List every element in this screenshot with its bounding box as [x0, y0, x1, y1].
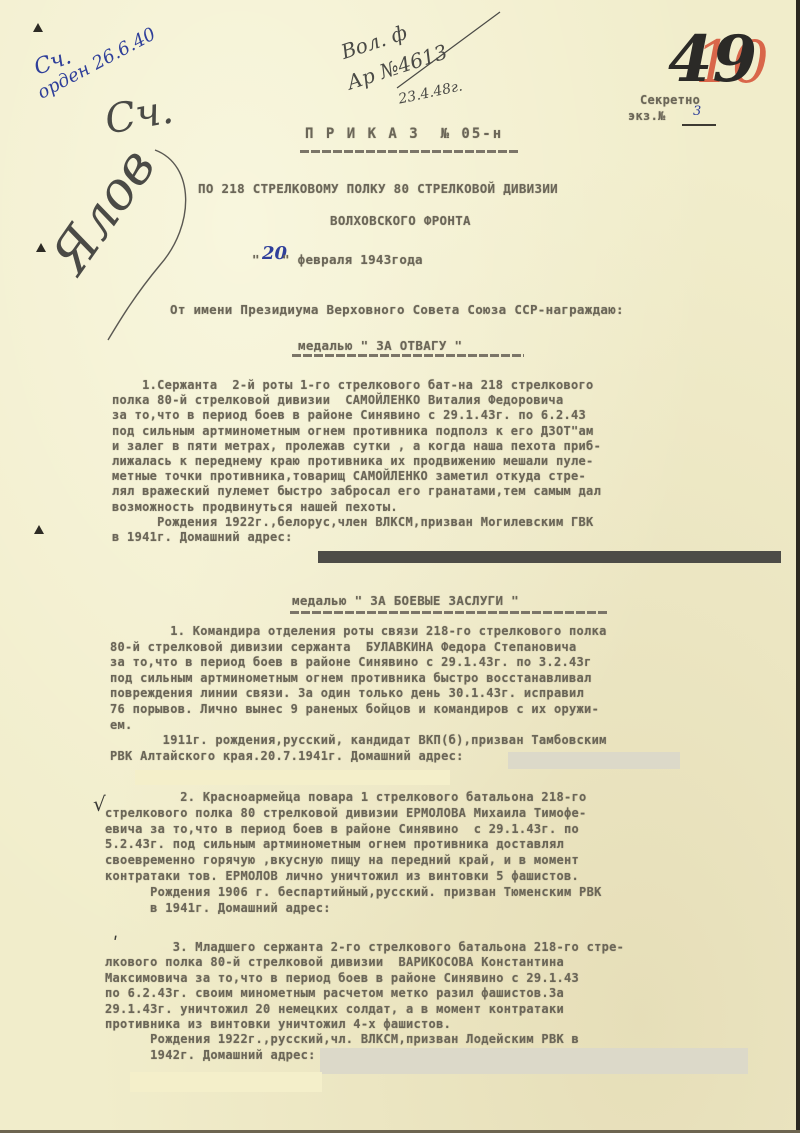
text-line: Рождения 1922г.,белорус,член ВЛКСМ,призв… [112, 515, 594, 529]
text-line: Рождения 1906 г. беспартийный,русский. п… [105, 885, 602, 899]
text-line: лял вражеский пулемет быстро забросал ег… [112, 484, 601, 498]
text-line: за то,что в период боев в районе Синявин… [110, 655, 592, 669]
order-title: П Р И К А З № 05-н [305, 126, 503, 142]
text-line: 1942г. Домашний адрес: [105, 1048, 316, 1062]
text-line: 5.2.43г. под сильным артминометным огнем… [105, 837, 564, 851]
redacted-address [318, 551, 781, 563]
medal-heading-merit: медалью " ЗА БОЕВЫЕ ЗАСЛУГИ " [292, 593, 519, 608]
heading-underline [292, 354, 524, 357]
medal-heading-bravery: медалью " ЗА ОТВАГУ " [298, 338, 462, 353]
copy-number-underline [682, 124, 716, 126]
text-line: РВК Алтайского края.20.7.1941г. Домашний… [110, 749, 464, 763]
text-line: ем. [110, 718, 133, 732]
text-line: стрелкового полка 80 стрелковой дивизии … [105, 806, 587, 820]
text-line: 76 порывов. Лично вынес 9 раненых бойцов… [110, 702, 599, 716]
checkmark-icon: √ [93, 792, 106, 816]
redacted-address [130, 1072, 322, 1092]
text-line: 2. Красноармейца повара 1 стрелкового ба… [105, 790, 587, 804]
order-subtitle: ПО 218 СТРЕЛКОВОМУ ПОЛКУ 80 СТРЕЛКОВОЙ Д… [198, 181, 558, 196]
text-line: полка 80-й стрелковой дивизии САМОЙЛЕНКО… [112, 393, 563, 407]
classification: Секретно [640, 93, 700, 107]
redacted-address [320, 1048, 748, 1074]
text-line: 1. Командира отделения роты связи 218-го… [110, 624, 607, 638]
copy-number: 3 [693, 104, 701, 119]
text-line: Рождения 1922г.,русский,чл. ВЛКСМ,призва… [105, 1032, 579, 1046]
text-line: за то,что в период боев в районе Синявин… [112, 408, 586, 422]
text-line: Максимовича за то,что в период боев в ра… [105, 971, 579, 985]
text-line: 3. Младшего сержанта 2-го стрелкового ба… [105, 940, 624, 954]
order-subtitle: ВОЛХОВСКОГО ФРОНТА [330, 213, 471, 228]
text-line: по 6.2.43г. своим минометным расчетом ме… [105, 986, 564, 1000]
text-line: метные точки противника,товарищ САМОЙЛЕН… [112, 469, 586, 483]
text-line: и залег в пяти метрах, пролежав сутки , … [112, 439, 601, 453]
document-page: Сч. орден 26.6.40 Сч. Ялов Вол. ф Ар №46… [0, 0, 800, 1133]
preamble: От имени Президиума Верховного Совета Со… [170, 302, 624, 317]
text-line: повреждения линии связи. За один только … [110, 686, 584, 700]
text-line: противника из винтовки уничтожил 4-х фаш… [105, 1017, 451, 1031]
text-line: 29.1.43г. уничтожил 20 немецких солдат, … [105, 1002, 564, 1016]
redacted-address [135, 770, 450, 785]
text-line: 1911г. рождения,русский, кандидат ВКП(б)… [110, 733, 607, 747]
punch-mark [34, 525, 44, 534]
page-number-black: 49 [668, 22, 757, 97]
text-line: евича за то,что в период боев в районе С… [105, 822, 579, 836]
text-line: под сильным артминометным огнем противни… [112, 424, 594, 438]
title-underline [300, 150, 520, 153]
archive-strike-line [395, 10, 505, 90]
text-line: под сильным артминометным огнем противни… [110, 671, 592, 685]
text-line: в 1941г. Домашний адрес: [105, 901, 331, 915]
text-line: 80-й стрелковой дивизии сержанта БУЛАВКИ… [110, 640, 577, 654]
text-line: контратаки тов. ЕРМОЛОВ лично уничтожил … [105, 869, 579, 883]
punch-mark [33, 23, 43, 32]
text-line: возможность продвинуться нашей пехоты. [112, 500, 398, 514]
copy-number-label: экз.№ [628, 109, 666, 123]
text-line: 1.Сержанта 2-й роты 1-го стрелкового бат… [112, 378, 594, 392]
redacted-address [508, 752, 680, 769]
text-line: лижалась к переднему краю противника их … [112, 454, 594, 468]
text-line: своевременно горячую ,вкусную пищу на пе… [105, 853, 579, 867]
handwritten-initials: Сч. [102, 86, 177, 143]
text-line: лкового полка 80-й стрелковой дивизии ВА… [105, 955, 564, 969]
heading-underline [290, 611, 608, 614]
text-line: в 1941г. Домашний адрес: [112, 530, 293, 544]
page-edge-right [796, 0, 800, 1133]
